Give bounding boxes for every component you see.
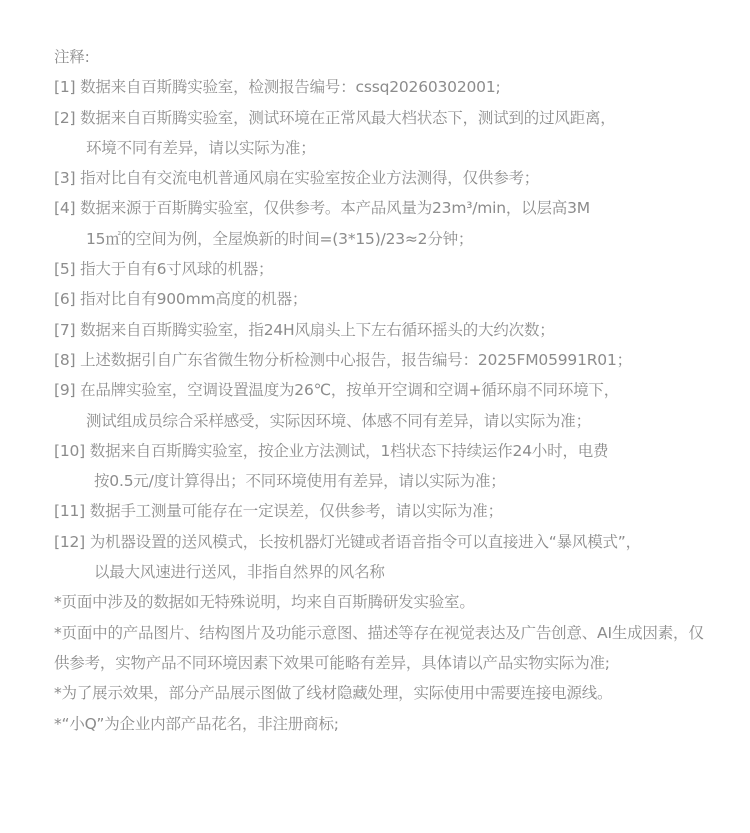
note-number: [9] xyxy=(54,381,75,399)
note-text: 上述数据引自广东省微生物分析检测中心报告，报告编号：2025FM05991R01… xyxy=(80,351,632,369)
note-item-12-continued: 以最大风速进行送风，非指自然界的风名称 xyxy=(54,557,734,587)
note-text: 数据来自百斯腾实验室，指24H风扇头上下左右循环摇头的大约次数； xyxy=(80,321,554,339)
note-item-1: [1] 数据来自百斯腾实验室，检测报告编号：cssq20260302001; xyxy=(54,72,734,102)
note-item-9-continued: 测试组成员综合采样感受，实际因环境、体感不同有差异，请以实际为准； xyxy=(54,406,734,436)
note-number: [7] xyxy=(54,321,75,339)
note-text: 数据手工测量可能存在一定误差，仅供参考，请以实际为准； xyxy=(90,502,503,520)
note-item-2-continued: 环境不同有差异，请以实际为准； xyxy=(54,133,734,163)
note-item-9: [9] 在品牌实验室，空调设置温度为26℃，按单开空调和空调+循环扇不同环境下， xyxy=(54,375,734,405)
note-text: 指大于自有6寸风球的机器； xyxy=(80,260,273,278)
note-item-12: [12] 为机器设置的送风模式，长按机器灯光键或者语音指令可以直接进入“暴风模式… xyxy=(54,527,734,557)
note-item-5: [5] 指大于自有6寸风球的机器； xyxy=(54,254,734,284)
note-number: [10] xyxy=(54,442,85,460)
note-item-10: [10] 数据来自百斯腾实验室，按企业方法测试，1档状态下持续运作24小时，电费 xyxy=(54,436,734,466)
footnote-cable-hidden: *为了展示效果，部分产品展示图做了线材隐藏处理，实际使用中需要连接电源线。 xyxy=(54,678,734,708)
note-item-3: [3] 指对比自有交流电机普通风扇在实验室按企业方法测得，仅供参考； xyxy=(54,163,734,193)
note-item-2: [2] 数据来自百斯腾实验室，测试环境在正常风最大档状态下，测试到的过风距离， xyxy=(54,103,734,133)
note-number: [1] xyxy=(54,78,75,96)
note-item-4: [4] 数据来源于百斯腾实验室，仅供参考。本产品风量为23m³/min，以层高3… xyxy=(54,193,734,223)
note-item-10-continued: 按0.5元/度计算得出；不同环境使用有差异，请以实际为准； xyxy=(54,466,734,496)
note-number: [8] xyxy=(54,351,75,369)
note-text: 数据来源于百斯腾实验室，仅供参考。本产品风量为23m³/min，以层高3M xyxy=(80,199,590,217)
notes-title: 注释: xyxy=(54,42,734,72)
note-number: [5] xyxy=(54,260,75,278)
note-text: 在品牌实验室，空调设置温度为26℃，按单开空调和空调+循环扇不同环境下， xyxy=(80,381,619,399)
note-number: [2] xyxy=(54,109,75,127)
note-item-4-continued: 15㎡的空间为例，全屋焕新的时间=(3*15)/23≈2分钟； xyxy=(54,224,734,254)
note-text: 数据来自百斯腾实验室，测试环境在正常风最大档状态下，测试到的过风距离， xyxy=(80,109,616,127)
footnote-trademark: *“小Q”为企业内部产品花名，非注册商标; xyxy=(54,709,734,739)
note-item-11: [11] 数据手工测量可能存在一定误差，仅供参考，请以实际为准； xyxy=(54,496,734,526)
note-item-6: [6] 指对比自有900mm高度的机器； xyxy=(54,284,734,314)
footnote-image-disclaimer: *页面中的产品图片、结构图片及功能示意图、描述等存在视觉表达及广告创意、AI生成… xyxy=(54,618,714,679)
note-number: [3] xyxy=(54,169,75,187)
note-text: 指对比自有交流电机普通风扇在实验室按企业方法测得，仅供参考； xyxy=(80,169,539,187)
note-text: 指对比自有900mm高度的机器； xyxy=(80,290,307,308)
note-text: 为机器设置的送风模式，长按机器灯光键或者语音指令可以直接进入“暴风模式”， xyxy=(90,533,641,551)
note-number: [6] xyxy=(54,290,75,308)
note-number: [4] xyxy=(54,199,75,217)
note-item-7: [7] 数据来自百斯腾实验室，指24H风扇头上下左右循环摇头的大约次数； xyxy=(54,315,734,345)
note-item-8: [8] 上述数据引自广东省微生物分析检测中心报告，报告编号：2025FM0599… xyxy=(54,345,734,375)
disclaimer-notes: 注释: [1] 数据来自百斯腾实验室，检测报告编号：cssq2026030200… xyxy=(54,42,734,739)
note-number: [12] xyxy=(54,533,85,551)
note-text: 数据来自百斯腾实验室，检测报告编号：cssq20260302001; xyxy=(80,78,500,96)
note-text: 数据来自百斯腾实验室，按企业方法测试，1档状态下持续运作24小时，电费 xyxy=(90,442,609,460)
note-number: [11] xyxy=(54,502,85,520)
footnote-data-source: *页面中涉及的数据如无特殊说明，均来自百斯腾研发实验室。 xyxy=(54,587,734,617)
